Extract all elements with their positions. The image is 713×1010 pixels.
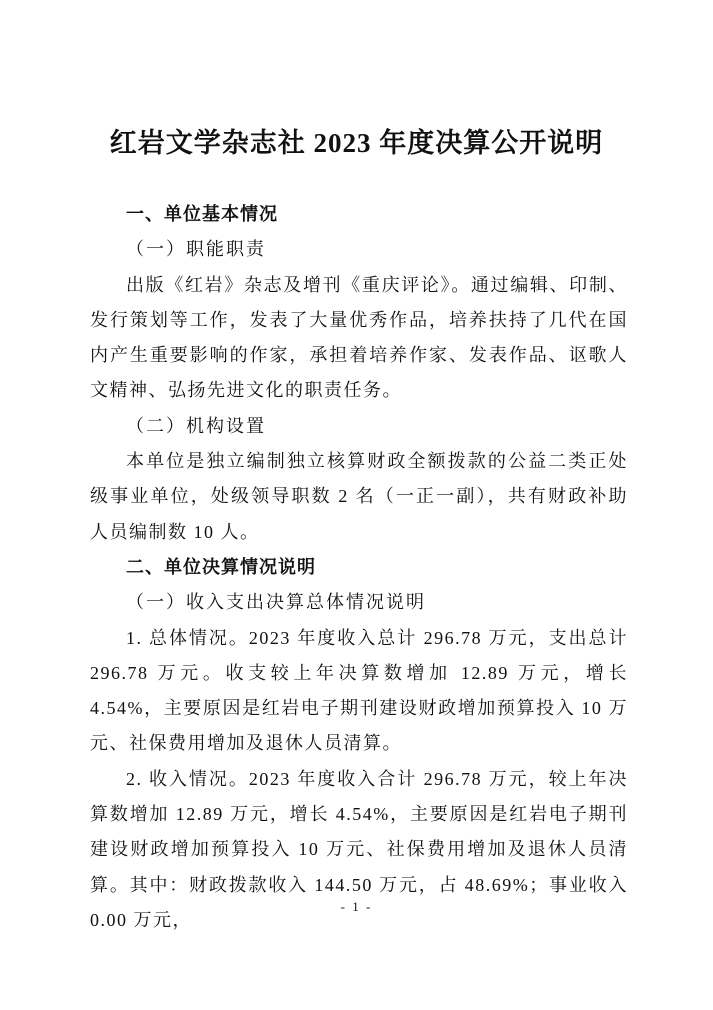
- subsection-heading-overview: （一）收入支出决算总体情况说明: [90, 585, 628, 620]
- section-heading-2: 二、单位决算情况说明: [90, 550, 628, 585]
- document-body: 一、单位基本情况 （一）职能职责 出版《红岩》杂志及增刊《重庆评论》。通过编辑、…: [90, 197, 628, 938]
- section-heading-1: 一、单位基本情况: [90, 197, 628, 232]
- paragraph-overall-situation: 1. 总体情况。2023 年度收入总计 296.78 万元，支出总计 296.7…: [90, 621, 628, 762]
- subsection-heading-structure: （二）机构设置: [90, 409, 628, 444]
- paragraph-duties: 出版《红岩》杂志及增刊《重庆评论》。通过编辑、印制、发行策划等工作，发表了大量优…: [90, 268, 628, 409]
- page-number: - 1 -: [0, 898, 713, 916]
- subsection-heading-duties: （一）职能职责: [90, 232, 628, 267]
- paragraph-structure: 本单位是独立编制独立核算财政全额拨款的公益二类正处级事业单位，处级领导职数 2 …: [90, 444, 628, 550]
- document-title: 红岩文学杂志社 2023 年度决算公开说明: [0, 124, 713, 162]
- document-page: 红岩文学杂志社 2023 年度决算公开说明 一、单位基本情况 （一）职能职责 出…: [0, 0, 713, 1010]
